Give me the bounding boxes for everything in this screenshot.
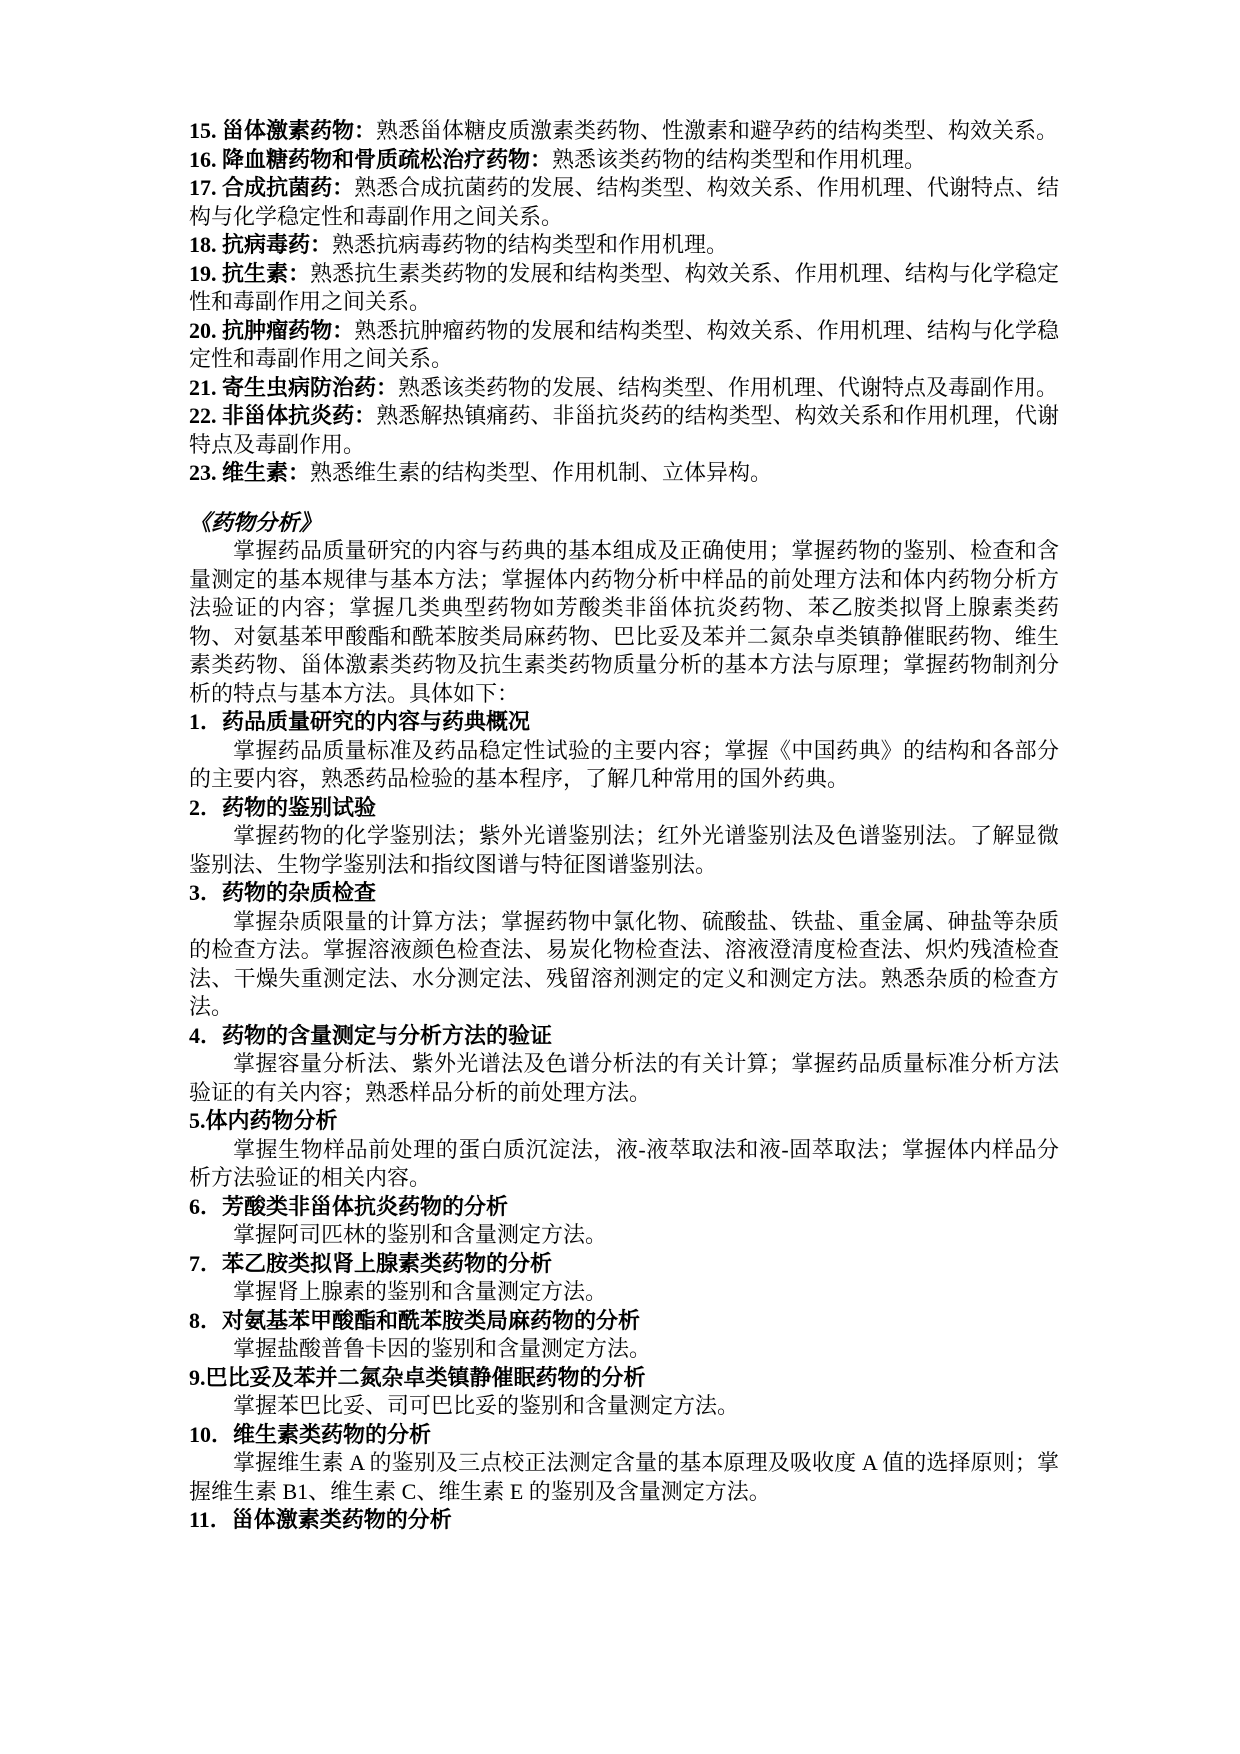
list-item: 18. 抗病毒药：熟悉抗病毒药物的结构类型和作用机理。 — [189, 231, 1059, 260]
topic-heading: 6．芳酸类非甾体抗炎药物的分析 — [189, 1193, 1059, 1222]
list-item-label: 16. 降血糖药物和骨质疏松治疗药物： — [189, 147, 552, 172]
list-item-text: 熟悉该类药物的结构类型和作用机理。 — [552, 147, 926, 172]
list-item-label: 19. 抗生素： — [189, 261, 310, 286]
topic-heading: 4．药物的含量测定与分析方法的验证 — [189, 1022, 1059, 1051]
topic-heading: 5.体内药物分析 — [189, 1107, 1059, 1136]
topic-body: 掌握容量分析法、紫外光谱法及色谱分析法的有关计算；掌握药品质量标准分析方法验证的… — [189, 1050, 1059, 1107]
topic-body: 掌握苯巴比妥、司可巴比妥的鉴别和含量测定方法。 — [189, 1392, 1059, 1421]
list-item-text: 熟悉该类药物的发展、结构类型、作用机理、代谢特点及毒副作用。 — [398, 375, 1058, 400]
section-intro: 掌握药品质量研究的内容与药典的基本组成及正确使用；掌握药物的鉴别、检查和含量测定… — [189, 537, 1059, 708]
section-title: 《药物分析》 — [189, 509, 1059, 538]
list-item-text: 熟悉抗病毒药物的结构类型和作用机理。 — [332, 232, 728, 257]
topic-body: 掌握生物样品前处理的蛋白质沉淀法，液-液萃取法和液-固萃取法；掌握体内样品分析方… — [189, 1136, 1059, 1193]
list-item: 16. 降血糖药物和骨质疏松治疗药物：熟悉该类药物的结构类型和作用机理。 — [189, 146, 1059, 175]
blank-line — [189, 488, 1059, 509]
list-item: 15. 甾体激素药物：熟悉甾体糖皮质激素类药物、性激素和避孕药的结构类型、构效关… — [189, 117, 1059, 146]
list-item-label: 20. 抗肿瘤药物： — [189, 318, 354, 343]
list-item: 22. 非甾体抗炎药：熟悉解热镇痛药、非甾抗炎药的结构类型、构效关系和作用机理，… — [189, 402, 1059, 459]
list-item-label: 21. 寄生虫病防治药： — [189, 375, 398, 400]
topic-heading: 10．维生素类药物的分析 — [189, 1421, 1059, 1450]
topic-body: 掌握杂质限量的计算方法；掌握药物中氯化物、硫酸盐、铁盐、重金属、砷盐等杂质的检查… — [189, 908, 1059, 1022]
list-item: 21. 寄生虫病防治药：熟悉该类药物的发展、结构类型、作用机理、代谢特点及毒副作… — [189, 374, 1059, 403]
list-item-text: 熟悉抗生素类药物的发展和结构类型、构效关系、作用机理、结构与化学稳定性和毒副作用… — [189, 261, 1059, 315]
topic-heading: 3．药物的杂质检查 — [189, 879, 1059, 908]
topic-heading: 1．药品质量研究的内容与药典概况 — [189, 708, 1059, 737]
topic-heading: 8．对氨基苯甲酸酯和酰苯胺类局麻药物的分析 — [189, 1307, 1059, 1336]
topic-heading: 9.巴比妥及苯并二氮杂卓类镇静催眠药物的分析 — [189, 1364, 1059, 1393]
topic-heading: 7．苯乙胺类拟肾上腺素类药物的分析 — [189, 1250, 1059, 1279]
list-item: 19. 抗生素：熟悉抗生素类药物的发展和结构类型、构效关系、作用机理、结构与化学… — [189, 260, 1059, 317]
list-item-label: 22. 非甾体抗炎药： — [189, 403, 376, 428]
list-item-text: 熟悉甾体糖皮质激素类药物、性激素和避孕药的结构类型、构效关系。 — [376, 118, 1058, 143]
list-item: 20. 抗肿瘤药物：熟悉抗肿瘤药物的发展和结构类型、构效关系、作用机理、结构与化… — [189, 317, 1059, 374]
list-item-text: 熟悉维生素的结构类型、作用机制、立体异构。 — [310, 460, 772, 485]
topic-body: 掌握盐酸普鲁卡因的鉴别和含量测定方法。 — [189, 1335, 1059, 1364]
list-item-label: 17. 合成抗菌药： — [189, 175, 354, 200]
topic-heading: 11．甾体激素类药物的分析 — [189, 1506, 1059, 1535]
list-item-label: 15. 甾体激素药物： — [189, 118, 376, 143]
list-item-label: 18. 抗病毒药： — [189, 232, 332, 257]
topic-body: 掌握维生素 A 的鉴别及三点校正法测定含量的基本原理及吸收度 A 值的选择原则；… — [189, 1449, 1059, 1506]
topic-body: 掌握肾上腺素的鉴别和含量测定方法。 — [189, 1278, 1059, 1307]
list-item-label: 23. 维生素： — [189, 460, 310, 485]
topic-body: 掌握药品质量标准及药品稳定性试验的主要内容；掌握《中国药典》的结构和各部分的主要… — [189, 737, 1059, 794]
list-item: 23. 维生素：熟悉维生素的结构类型、作用机制、立体异构。 — [189, 459, 1059, 488]
topic-heading: 2．药物的鉴别试验 — [189, 794, 1059, 823]
topic-body: 掌握阿司匹林的鉴别和含量测定方法。 — [189, 1221, 1059, 1250]
topic-body: 掌握药物的化学鉴别法；紫外光谱鉴别法；红外光谱鉴别法及色谱鉴别法。了解显微鉴别法… — [189, 822, 1059, 879]
document-page: 15. 甾体激素药物：熟悉甾体糖皮质激素类药物、性激素和避孕药的结构类型、构效关… — [189, 117, 1059, 1535]
list-item: 17. 合成抗菌药：熟悉合成抗菌药的发展、结构类型、构效关系、作用机理、代谢特点… — [189, 174, 1059, 231]
